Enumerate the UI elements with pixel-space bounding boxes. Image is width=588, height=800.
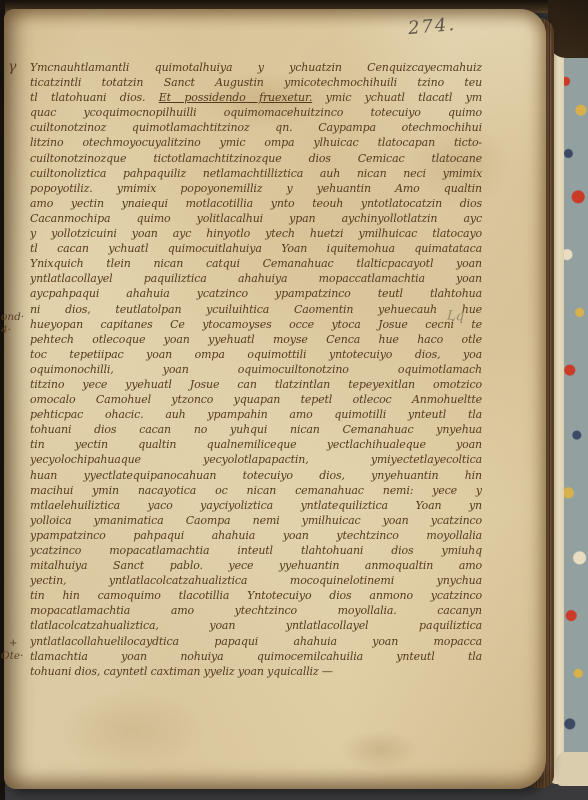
manuscript-line: aycpahpaqui ahahuia ycatzinco ypampatzin… <box>30 286 482 301</box>
manuscript-line: litzino otechmoyocuyalitzino ymic ompa y… <box>30 135 482 150</box>
manuscript-line: mopacatlamachtia amo ytechtzinco moyolla… <box>30 603 482 618</box>
manuscript-line: Cacanmochipa quimo yolitlacalhui ypan ay… <box>30 211 482 226</box>
line-segment: ymic ychuatl tlacatl ym <box>312 91 482 104</box>
margin-note-lower-left: Ote· <box>1 650 23 662</box>
underlined-latin-phrase: Et possidendo fruexetur. <box>159 91 312 104</box>
margin-note-mid-left: ond· 4· <box>1 311 24 337</box>
manuscript-line: tl cacan ychuatl quimocuitlahuiya Yoan i… <box>30 241 482 256</box>
manuscript-line: huan yyectlatequipanocahuan totecuiyo di… <box>30 468 482 483</box>
manuscript-line: toc tepetiipac yoan ompa oquimottili ynt… <box>30 347 482 362</box>
manuscript-line: yntlatlacollayel paquiliztica ahahuiya m… <box>30 271 482 286</box>
manuscript-line: tin hin camoquimo tlacotillia Yntotecuiy… <box>30 588 482 603</box>
manuscript-line: cuiltonoliztica pahpaquiliz netlamachtil… <box>30 166 482 181</box>
margin-note-line: 4· <box>1 324 24 337</box>
manuscript-line: amo yectin ynaiequi motlacotillia ynto t… <box>30 196 482 211</box>
top-right-binding-corner <box>548 0 588 58</box>
manuscript-line: y yollotzicuini yoan ayc hinyotlo ytech … <box>30 226 482 241</box>
margin-cross-mark: + <box>9 638 17 649</box>
marbled-endpaper <box>560 38 588 760</box>
bottom-page-sliver <box>556 752 588 786</box>
line-segment: tl tlatohuani dios. <box>30 91 159 104</box>
manuscript-line: cuiltonotzinoz quimotlamachtitzinoz qn. … <box>30 120 482 135</box>
manuscript-line: mitalhuiya Sanct pablo. yece yyehuantin … <box>30 558 482 573</box>
manuscript-line: ypampatzinco pahpaqui ahahuia yoan ytech… <box>30 528 482 543</box>
manuscript-line: ni dios, teutlatolpan ycuiluihtica Caome… <box>30 302 482 317</box>
folio-number: 274. <box>407 14 457 39</box>
manuscript-line: popoyotiliz. ymimix popoyonemilliz y yeh… <box>30 181 482 196</box>
photo-background: 274. γ ond· 4· + Ote· Lq Ymcnauhtlamantl… <box>0 0 588 800</box>
margin-paragraph-mark: γ <box>8 59 16 75</box>
manuscript-line: Ynixquich tlein nican catqui Cemanahuac … <box>30 256 482 271</box>
manuscript-line: Ymcnauhtlamantli quimotalhuiya y ychuatz… <box>30 60 482 75</box>
manuscript-line: tin yectin qualtin qualnemiliceque yectl… <box>30 437 482 452</box>
manuscript-line: macihui ymin nacayotica oc nican cemanah… <box>30 483 482 498</box>
manuscript-line: pehticpac ohacic. auh ypampahin amo quim… <box>30 407 482 422</box>
manuscript-line: ycatzinco mopacatlamachtia inteutl tlaht… <box>30 543 482 558</box>
manuscript-text: Ymcnauhtlamantli quimotalhuiya y ychuatz… <box>30 60 482 679</box>
manuscript-line: ticatzintli totatzin Sanct Augustin ymic… <box>30 75 482 90</box>
manuscript-line: oquimonochilli, yoan oquimocuiltonotzino… <box>30 362 482 377</box>
manuscript-line: yecyolochipahuaque yecyolotlapapactin, y… <box>30 452 482 467</box>
manuscript-line: tlatlacolcatzahualiztica, yoan yntlatlac… <box>30 618 482 633</box>
manuscript-line: omocalo Camohuel ytzonco yquapan tepetl … <box>30 392 482 407</box>
manuscript-line: yectin, yntlatlacolcatzahualiztica mocoq… <box>30 573 482 588</box>
manuscript-line: pehtech otlecoque yoan yyehuatl moyse Ce… <box>30 332 482 347</box>
manuscript-line: yntlatlacollahuelilocaydtica papaqui aha… <box>30 634 482 649</box>
margin-note-line: ond· <box>1 311 24 324</box>
manuscript-line: mtlaelehuiliztica yaco yayciyoliztica yn… <box>30 498 482 513</box>
manuscript-line: tlamachtia yoan nohuiya quimocemilcahuil… <box>30 649 482 664</box>
manuscript-line: titzino yece yyehuatl Josue can tlatzint… <box>30 377 482 392</box>
manuscript-line: hueyopan capitanes Ce ytocamoyses occe y… <box>30 317 482 332</box>
manuscript-line: quac ycoquimocnopilhuilli oquimomacehuit… <box>30 105 482 120</box>
manuscript-line: tohuani dios, cayntetl caxtiman yyeliz y… <box>30 664 482 679</box>
manuscript-line: yolloica ymanimatica Caompa nemi ymilhui… <box>30 513 482 528</box>
manuscript-line: tohuani dios cacan no yuhqui nican Ceman… <box>30 422 482 437</box>
manuscript-line: tl tlatohuani dios. Et possidendo fruexe… <box>30 90 482 105</box>
manuscript-line: cuiltonotzinozque tictotlamachtitzinozqu… <box>30 151 482 166</box>
